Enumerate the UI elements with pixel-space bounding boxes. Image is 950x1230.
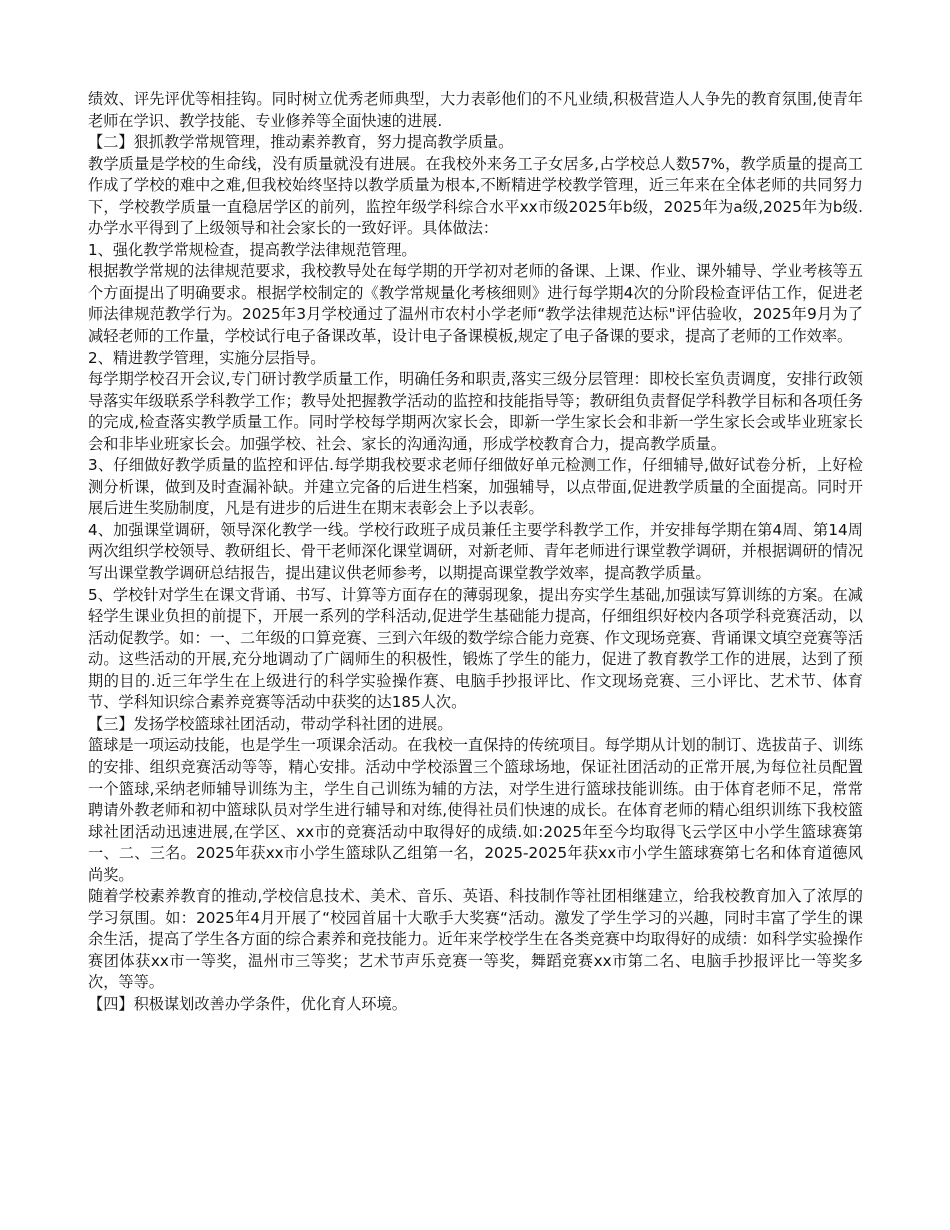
paragraph-intro-continuation: 绩效、评先评优等相挂钩。同时树立优秀老师典型，大力表彰他们的不凡业绩,积极营造人… xyxy=(88,89,863,132)
list-item-3: 3、仔细做好教学质量的监控和评估.每学期我校要求老师仔细做好单元检测工作，仔细辅… xyxy=(88,455,863,520)
section-heading-4: 【四】积极谋划改善办学条件，优化育人环境。 xyxy=(88,994,863,1016)
section-heading-3: 【三】发扬学校篮球社团活动，带动学科社团的进展。 xyxy=(88,714,863,736)
section-heading-2: 【二】狠抓教学常规管理，推动素养教育，努力提高教学质量。 xyxy=(88,132,863,154)
list-item-4: 4、加强课堂调研，领导深化教学一线。学校行政班子成员兼任主要学科教学工作，并安排… xyxy=(88,520,863,585)
paragraph-routine-inspection: 根据教学常规的法律规范要求，我校教导处在每学期的开学初对老师的备课、上课、作业、… xyxy=(88,261,863,347)
paragraph-clubs: 随着学校素养教育的推动,学校信息技术、美术、音乐、英语、科技制作等社团相继建立，… xyxy=(88,886,863,994)
paragraph-layered-management: 每学期学校召开会议,专门研讨教学质量工作，明确任务和职责,落实三级分层管理：即校… xyxy=(88,369,863,455)
list-item-5: 5、学校针对学生在课文背诵、书写、计算等方面存在的薄弱现象，提出夯实学生基础,加… xyxy=(88,585,863,714)
document-page: 绩效、评先评优等相挂钩。同时树立优秀老师典型，大力表彰他们的不凡业绩,积极营造人… xyxy=(88,89,863,1016)
paragraph-basketball: 篮球是一项运动技能，也是学生一项课余活动。在我校一直保持的传统项目。每学期从计划… xyxy=(88,735,863,886)
list-item-2-title: 2、精进教学管理，实施分层指导。 xyxy=(88,348,863,370)
paragraph-teaching-quality: 教学质量是学校的生命线，没有质量就没有进展。在我校外来务工子女居多,占学校总人数… xyxy=(88,154,863,240)
list-item-1-title: 1、强化教学常规检查，提高教学法律规范管理。 xyxy=(88,240,863,262)
